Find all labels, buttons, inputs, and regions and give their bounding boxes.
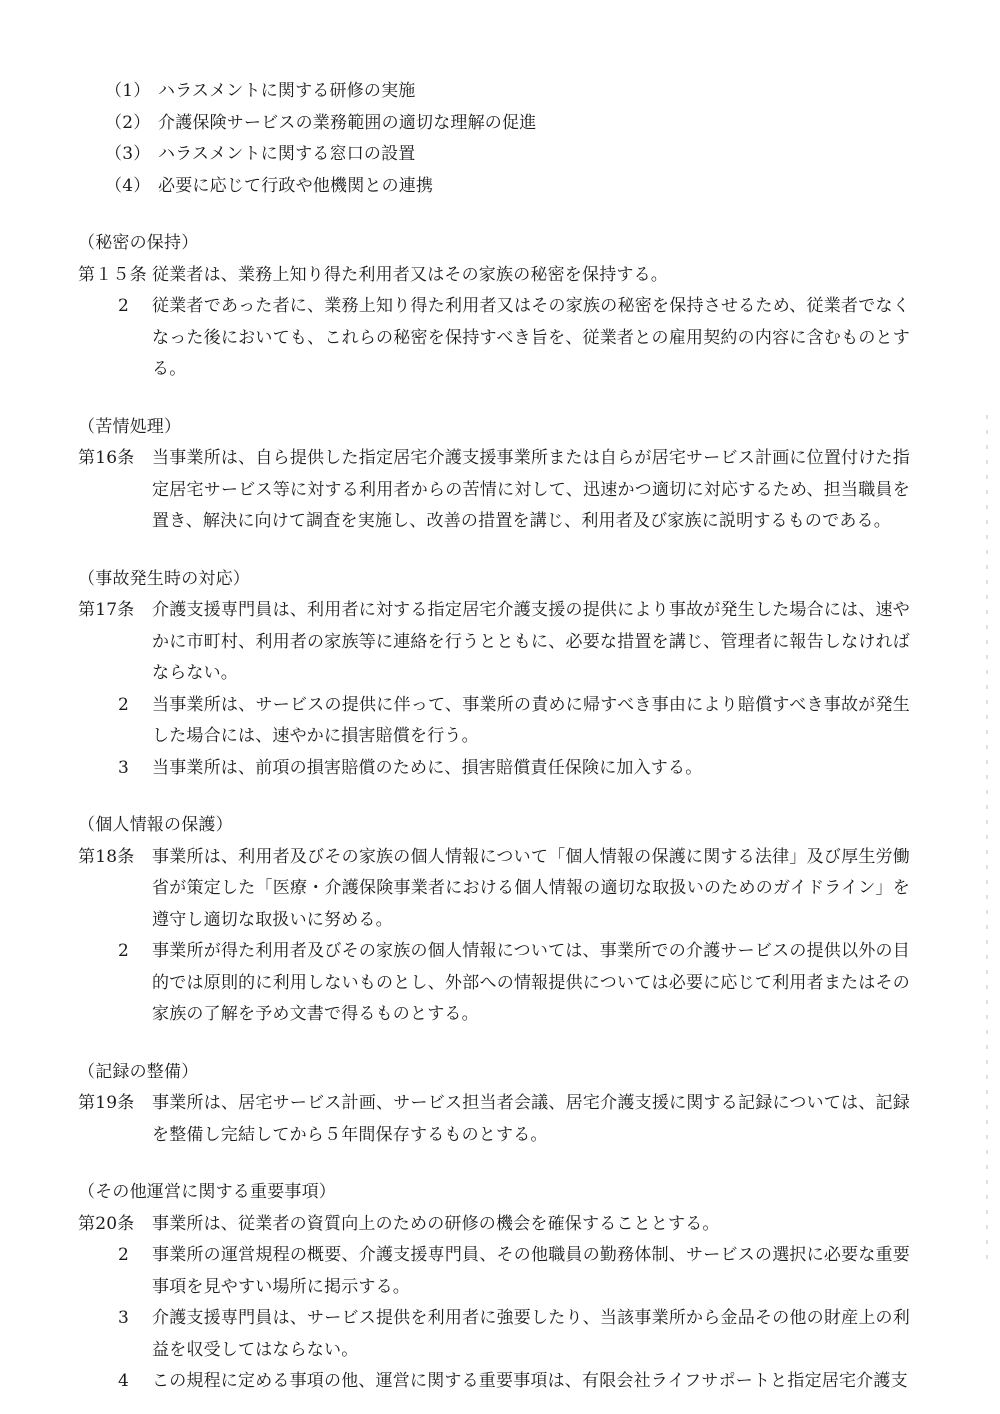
sub-clause-number: 2 [118, 291, 152, 386]
sub-clause-text: この規程に定める事項の他、運営に関する重要事項は、有限会社ライフサポートと指定居… [152, 1366, 910, 1398]
sub-clause-number: 3 [118, 1303, 152, 1366]
article-clause: 第19条事業所は、居宅サービス計画、サービス担当者会議、居宅介護支援に関する記録… [78, 1088, 910, 1151]
list-item: （1）ハラスメントに関する研修の実施 [105, 76, 910, 108]
article-number: 第18条 [78, 842, 152, 937]
article-number: 第20条 [78, 1209, 152, 1241]
sub-clause-number: 2 [118, 1240, 152, 1303]
article-number: 第19条 [78, 1088, 152, 1151]
article-clause: 第17条介護支援専門員は、利用者に対する指定居宅介護支援の提供により事故が発生し… [78, 595, 910, 690]
article-text: 事業所は、従業者の資質向上のための研修の機会を確保することとする。 [152, 1209, 910, 1241]
article-text: 当事業所は、自ら提供した指定居宅介護支援事業所または自らが居宅サービス計画に位置… [152, 443, 910, 538]
sub-clause: 2従業者であった者に、業務上知り得た利用者又はその家族の秘密を保持させるため、従… [118, 291, 910, 386]
item-number: （1） [105, 76, 158, 108]
sub-clause-text: 事業所が得た利用者及びその家族の個人情報については、事業所での介護サービスの提供… [152, 936, 910, 1031]
sub-clause: 2事業所が得た利用者及びその家族の個人情報については、事業所での介護サービスの提… [118, 936, 910, 1031]
sub-clause-number: 2 [118, 690, 152, 753]
sub-clause-text: 当事業所は、前項の損害賠償のために、損害賠償責任保険に加入する。 [152, 753, 910, 785]
article-number: 第16条 [78, 443, 152, 538]
item-number: （3） [105, 139, 158, 171]
section-heading: （その他運営に関する重要事項） [78, 1177, 910, 1209]
scan-artifact-dotted-line [986, 415, 988, 1260]
item-text: ハラスメントに関する研修の実施 [158, 76, 910, 108]
sub-clause-text: 事業所の運営規程の概要、介護支援専門員、その他職員の勤務体制、サービスの選択に必… [152, 1240, 910, 1303]
article-text: 介護支援専門員は、利用者に対する指定居宅介護支援の提供により事故が発生した場合に… [152, 595, 910, 690]
article-number: 第17条 [78, 595, 152, 690]
sub-clause-number: 4 [118, 1366, 152, 1398]
article-text: 従業者は、業務上知り得た利用者又はその家族の秘密を保持する。 [152, 260, 910, 292]
sub-clause: 4この規程に定める事項の他、運営に関する重要事項は、有限会社ライフサポートと指定… [118, 1366, 910, 1398]
article-number: 第１５条 [78, 260, 152, 292]
article-text: 事業所は、居宅サービス計画、サービス担当者会議、居宅介護支援に関する記録について… [152, 1088, 910, 1151]
section-heading: （記録の整備） [78, 1057, 910, 1089]
article-text: 事業所は、利用者及びその家族の個人情報について「個人情報の保護に関する法律」及び… [152, 842, 910, 937]
sub-clause: 3介護支援専門員は、サービス提供を利用者に強要したり、当該事業所から金品その他の… [118, 1303, 910, 1366]
list-item: （2）介護保険サービスの業務範囲の適切な理解の促進 [105, 108, 910, 140]
item-number: （4） [105, 171, 158, 203]
article-clause: 第18条事業所は、利用者及びその家族の個人情報について「個人情報の保護に関する法… [78, 842, 910, 937]
sub-clause: 3当事業所は、前項の損害賠償のために、損害賠償責任保険に加入する。 [118, 753, 910, 785]
document-body: （1）ハラスメントに関する研修の実施（2）介護保険サービスの業務範囲の適切な理解… [78, 76, 910, 1398]
sub-clause-number: 2 [118, 936, 152, 1031]
item-text: 介護保険サービスの業務範囲の適切な理解の促進 [158, 108, 910, 140]
section-heading: （苦情処理） [78, 412, 910, 444]
sub-clause: 2事業所の運営規程の概要、介護支援専門員、その他職員の勤務体制、サービスの選択に… [118, 1240, 910, 1303]
article-clause: 第１５条従業者は、業務上知り得た利用者又はその家族の秘密を保持する。 [78, 260, 910, 292]
sub-clause-text: 従業者であった者に、業務上知り得た利用者又はその家族の秘密を保持させるため、従業… [152, 291, 910, 386]
sub-clause-number: 3 [118, 753, 152, 785]
list-item: （4）必要に応じて行政や他機関との連携 [105, 171, 910, 203]
sub-clause-text: 介護支援専門員は、サービス提供を利用者に強要したり、当該事業所から金品その他の財… [152, 1303, 910, 1366]
article-clause: 第16条当事業所は、自ら提供した指定居宅介護支援事業所または自らが居宅サービス計… [78, 443, 910, 538]
section-heading: （秘密の保持） [78, 228, 910, 260]
list-item: （3）ハラスメントに関する窓口の設置 [105, 139, 910, 171]
section-heading: （事故発生時の対応） [78, 564, 910, 596]
scanned-document-page: （1）ハラスメントに関する研修の実施（2）介護保険サービスの業務範囲の適切な理解… [0, 0, 1000, 1414]
article-clause: 第20条事業所は、従業者の資質向上のための研修の機会を確保することとする。 [78, 1209, 910, 1241]
item-text: 必要に応じて行政や他機関との連携 [158, 171, 910, 203]
section-heading: （個人情報の保護） [78, 810, 910, 842]
sub-clause-text: 当事業所は、サービスの提供に伴って、事業所の責めに帰すべき事由により賠償すべき事… [152, 690, 910, 753]
sub-clause: 2当事業所は、サービスの提供に伴って、事業所の責めに帰すべき事由により賠償すべき… [118, 690, 910, 753]
item-text: ハラスメントに関する窓口の設置 [158, 139, 910, 171]
item-number: （2） [105, 108, 158, 140]
